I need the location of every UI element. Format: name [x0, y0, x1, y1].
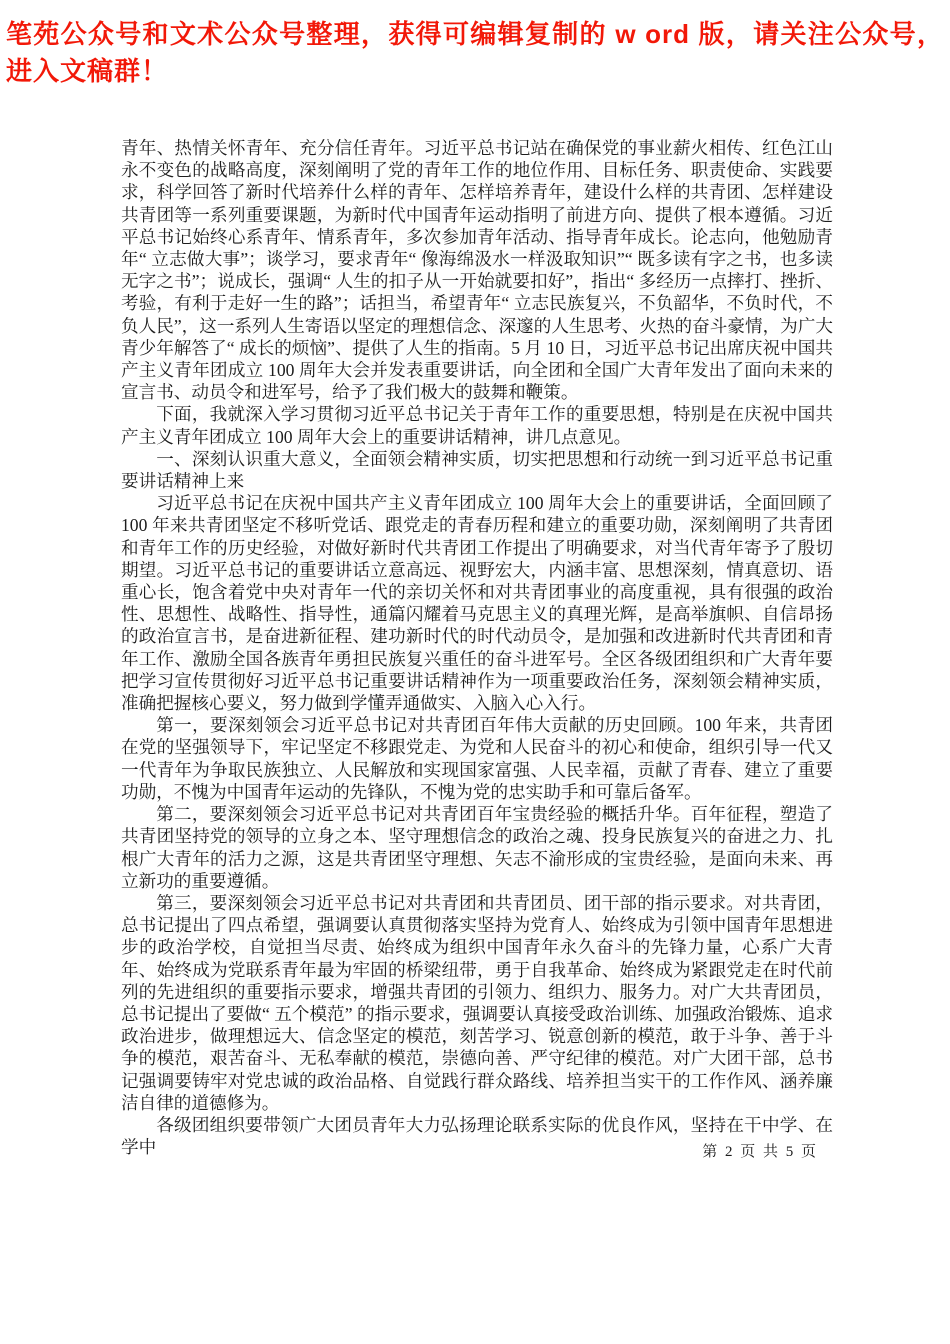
paragraph: 青年、热情关怀青年、充分信任青年。习近平总书记站在确保党的事业薪火相传、红色江山…: [121, 137, 833, 403]
paragraph: 习近平总书记在庆祝中国共产主义青年团成立 100 周年大会上的重要讲话，全面回顾…: [121, 492, 833, 714]
paragraph: 第二，要深刻领会习近平总书记对共青团百年宝贵经验的概括升华。百年征程，塑造了共青…: [121, 803, 833, 892]
paragraph: 第三，要深刻领会习近平总书记对共青团和共青团员、团干部的指示要求。对共青团，总书…: [121, 892, 833, 1114]
paragraph: 下面，我就深入学习贯彻习近平总书记关于青年工作的重要思想，特别是在庆祝中国共产主…: [121, 403, 833, 447]
section-heading: 一、深刻认识重大意义，全面领会精神实质，切实把思想和行动统一到习近平总书记重要讲…: [121, 448, 833, 492]
document-body: 青年、热情关怀青年、充分信任青年。习近平总书记站在确保党的事业薪火相传、红色江山…: [121, 137, 833, 1158]
page-number: 第 2 页 共 5 页: [121, 1140, 818, 1161]
document-page: 笔苑公众号和文术公众号整理，获得可编辑复制的 w ord 版，请关注公众号，进入…: [0, 0, 950, 1344]
promo-banner-text: 笔苑公众号和文术公众号整理，获得可编辑复制的 w ord 版，请关注公众号，进入…: [6, 16, 944, 90]
paragraph: 第一，要深刻领会习近平总书记对共青团百年伟大贡献的历史回顾。100 年来，共青团…: [121, 714, 833, 803]
